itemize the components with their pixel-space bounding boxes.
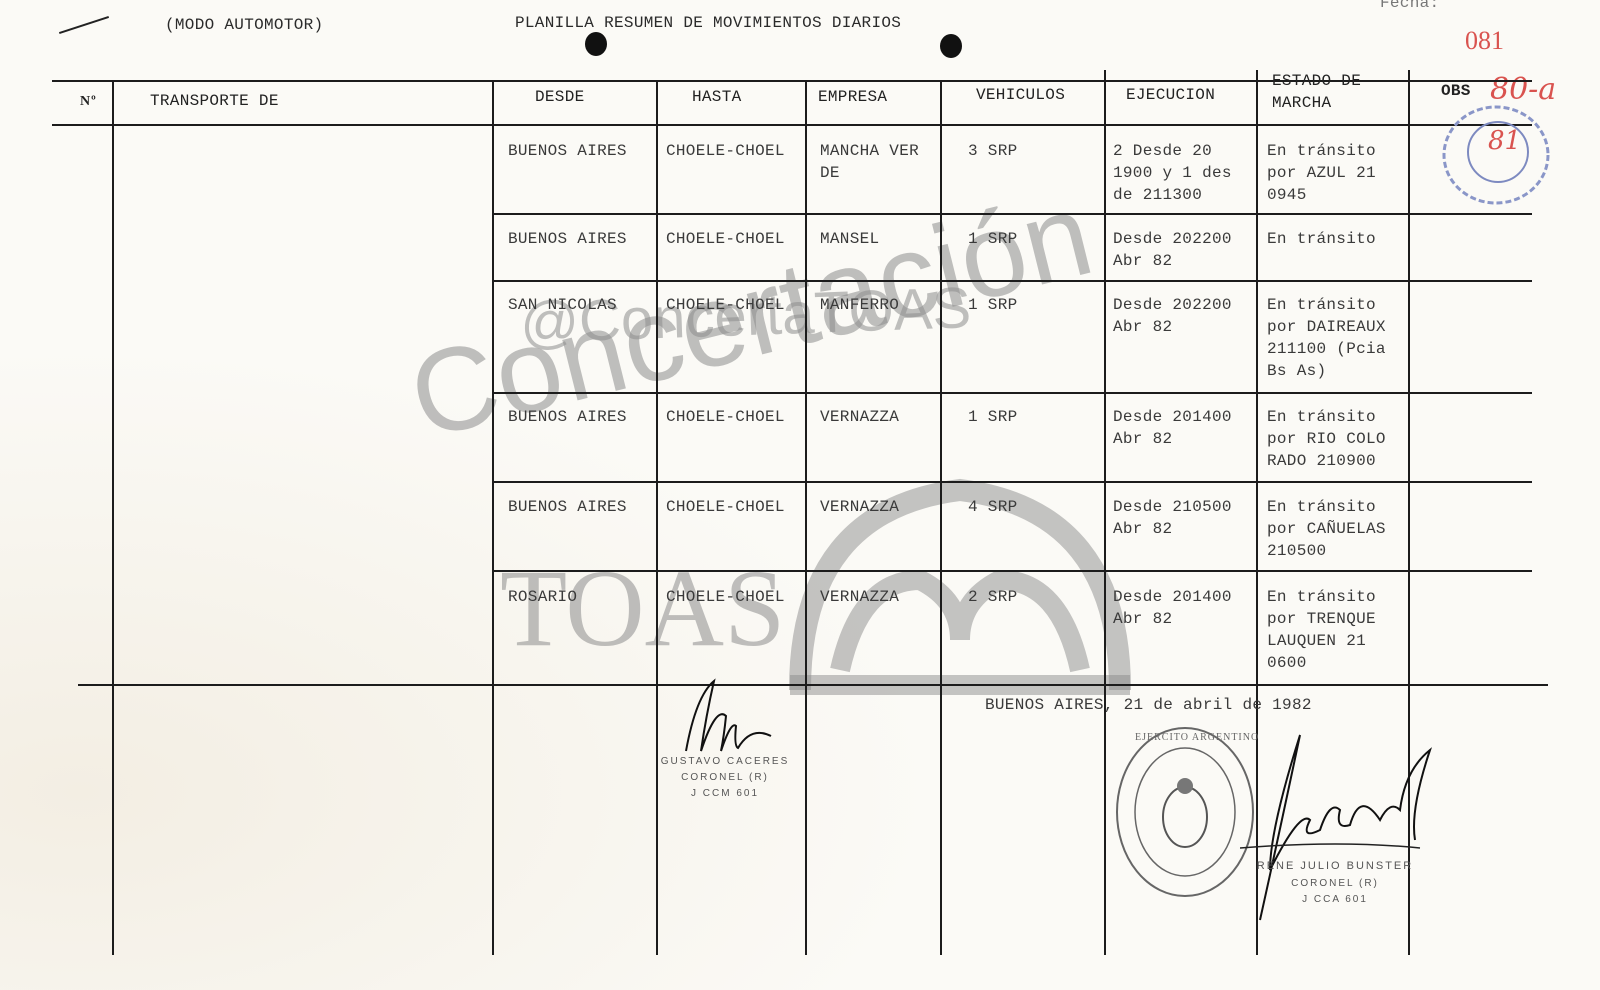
cell-desde: BUENOS AIRES (508, 140, 627, 162)
signer-1-name: GUSTAVO CACERES (650, 756, 800, 767)
cell-desde: BUENOS AIRES (508, 406, 627, 428)
cell-vehiculos: 1 SRP (968, 406, 1018, 428)
cell-ejecucion: Desde 201400 Abr 82 (1113, 586, 1232, 630)
signer-2-name: RENE JULIO BUNSTER (1250, 860, 1420, 872)
stamp-handwritten-number: 81 (1488, 126, 1521, 156)
cell-desde: ROSARIO (508, 586, 577, 608)
row-rule (492, 213, 1532, 215)
header-estado: ESTADO DE MARCHA (1272, 70, 1361, 114)
cell-ejecucion: Desde 202200 Abr 82 (1113, 228, 1232, 272)
cell-ejecucion: Desde 202200 Abr 82 (1113, 294, 1232, 338)
cell-hasta: CHOELE-CHOEL (666, 496, 785, 518)
folio-number: 081 (1465, 26, 1504, 56)
cell-estado: En tránsito por TRENQUE LAUQUEN 21 0600 (1267, 586, 1376, 674)
header-bottom-rule (52, 124, 1532, 126)
signer-1-unit: J CCM 601 (650, 788, 800, 799)
fecha-label: Fecha: (1380, 0, 1439, 12)
cell-ejecucion: Desde 210500 Abr 82 (1113, 496, 1232, 540)
cell-empresa: VERNAZZA (820, 406, 899, 428)
punch-hole-right (940, 34, 962, 58)
cell-desde: BUENOS AIRES (508, 496, 627, 518)
cell-estado: En tránsito por DAIREAUX 211100 (Pcia Bs… (1267, 294, 1386, 382)
cell-vehiculos: 3 SRP (968, 140, 1018, 162)
cell-hasta: CHOELE-CHOEL (666, 140, 785, 162)
header-vehiculos: VEHICULOS (976, 86, 1065, 104)
header-desde: DESDE (535, 88, 585, 106)
signer-2-rank: CORONEL (R) (1260, 878, 1410, 889)
document-page: @ConcertaTOAS Concertación TOAS (MODO AU… (0, 0, 1600, 990)
row-rule (492, 280, 1532, 282)
col-rule (656, 80, 658, 955)
signer-1-rank: CORONEL (R) (650, 772, 800, 783)
header-transporte: TRANSPORTE DE (150, 92, 279, 110)
signer-2-unit: J CCA 601 (1260, 894, 1410, 905)
cell-empresa: VERNAZZA (820, 496, 899, 518)
cell-hasta: CHOELE-CHOEL (666, 294, 785, 316)
army-seal-icon (1110, 722, 1260, 902)
col-rule (492, 80, 494, 955)
cell-desde: SAN NICOLAS (508, 294, 617, 316)
header-empresa: EMPRESA (818, 88, 887, 106)
cell-hasta: CHOELE-CHOEL (666, 406, 785, 428)
cell-vehiculos: 2 SRP (968, 586, 1018, 608)
cell-desde: BUENOS AIRES (508, 228, 627, 250)
cell-vehiculos: 4 SRP (968, 496, 1018, 518)
row-rule (492, 570, 1532, 572)
cell-ejecucion: Desde 201400 Abr 82 (1113, 406, 1232, 450)
col-rule (805, 80, 807, 955)
row-rule (492, 392, 1532, 394)
cell-estado: En tránsito por AZUL 21 0945 (1267, 140, 1376, 206)
cell-vehiculos: 1 SRP (968, 228, 1018, 250)
watermark-toas: TOAS (500, 545, 785, 672)
col-rule (112, 80, 114, 955)
cell-estado: En tránsito por RIO COLO RADO 210900 (1267, 406, 1386, 472)
cell-empresa: MANFERRO (820, 294, 899, 316)
cell-estado: En tránsito por CAÑUELAS 210500 (1267, 496, 1386, 562)
punch-hole-left (585, 32, 607, 56)
cell-vehiculos: 1 SRP (968, 294, 1018, 316)
cell-empresa: MANSEL (820, 228, 879, 250)
check-mark (59, 16, 109, 34)
cell-hasta: CHOELE-CHOEL (666, 228, 785, 250)
header-hasta: HASTA (692, 88, 742, 106)
col-rule (1104, 70, 1106, 955)
transport-mode: (MODO AUTOMOTOR) (165, 16, 323, 34)
cell-hasta: CHOELE-CHOEL (666, 586, 785, 608)
signature-1-icon (676, 676, 786, 756)
cell-ejecucion: 2 Desde 20 1900 y 1 des de 211300 (1113, 140, 1232, 206)
cell-empresa: VERNAZZA (820, 586, 899, 608)
header-num: Nº (80, 94, 97, 110)
header-ejecucion: EJECUCION (1126, 86, 1215, 104)
place-date: BUENOS AIRES, 21 de abril de 1982 (985, 696, 1312, 714)
row-rule (492, 481, 1532, 483)
header-obs: OBS (1441, 82, 1471, 100)
cell-estado: En tránsito (1267, 228, 1376, 250)
document-title: PLANILLA RESUMEN DE MOVIMIENTOS DIARIOS (515, 14, 901, 32)
footer-rule (78, 684, 1548, 686)
col-rule (940, 80, 942, 955)
cell-empresa: MANCHA VER DE (820, 140, 919, 184)
